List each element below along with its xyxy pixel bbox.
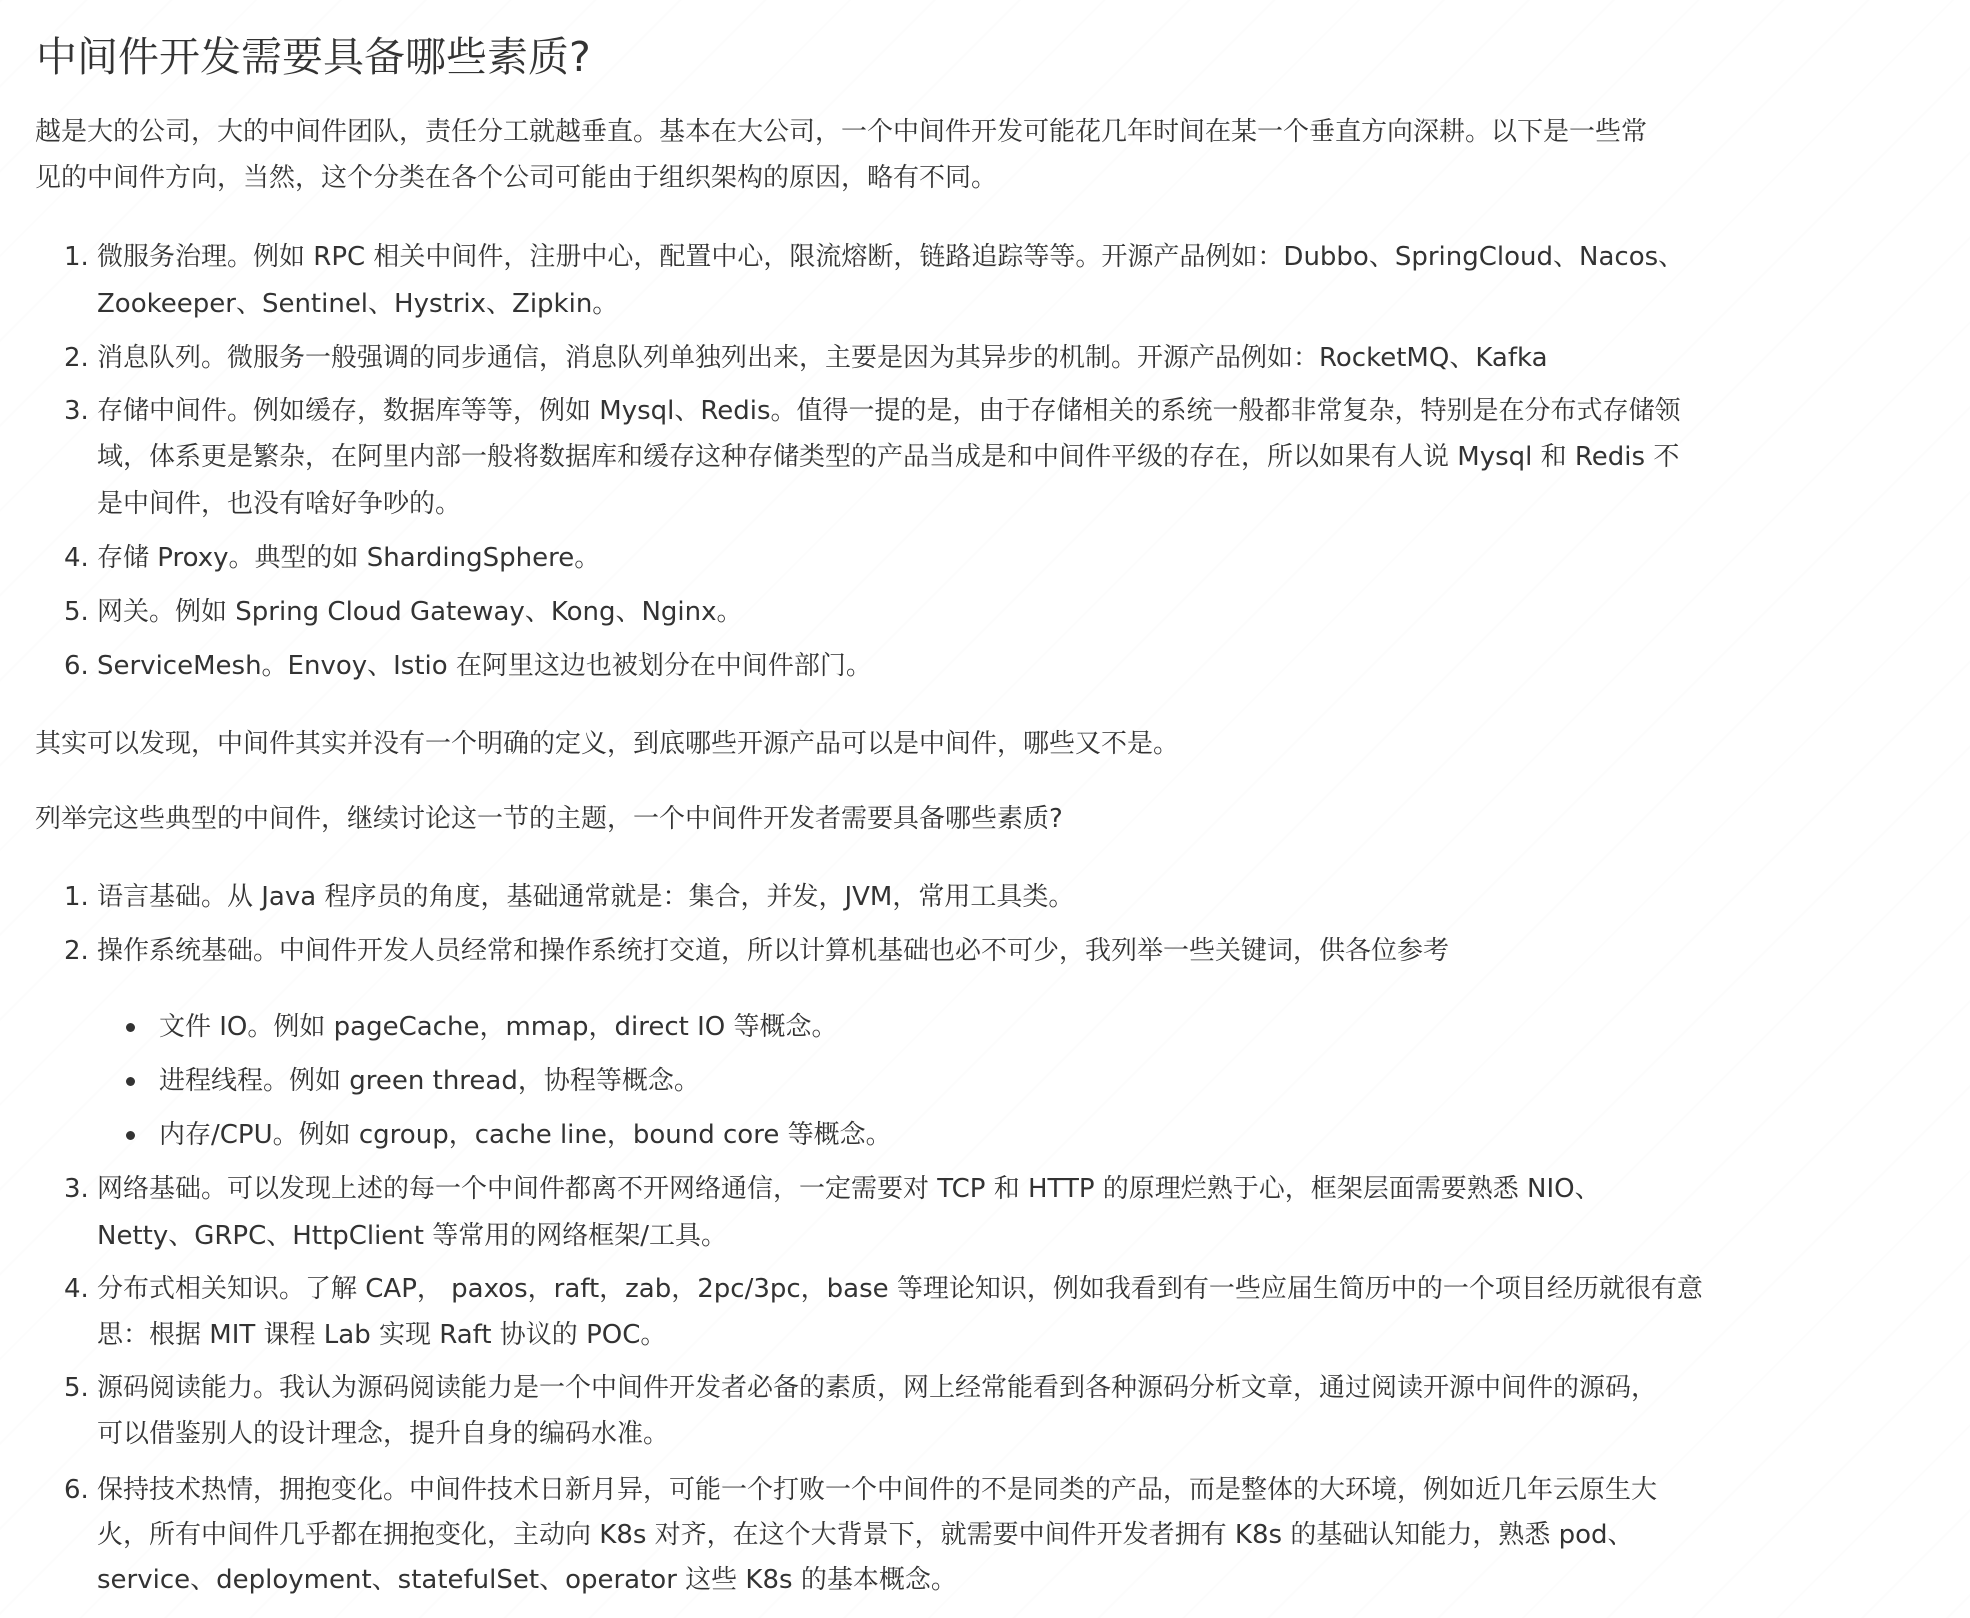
list-number: 1. [64,881,89,913]
list-item-text: 分布式相关知识。了解 CAP， paxos，raft，zab，2pc/3pc，b… [97,1273,1703,1305]
bullet-item-text: 内存/CPU。例如 cgroup，cache line，bound core 等… [159,1119,892,1151]
list-item-text: 保持技术热情，拥抱变化。中间件技术日新月异，可能一个打败一个中间件的不是同类的产… [97,1474,1657,1506]
bullet-item-text: 文件 IO。例如 pageCache，mmap，direct IO 等概念。 [159,1011,838,1043]
bullet-icon [126,1077,135,1086]
list-item-text: 思：根据 MIT 课程 Lab 实现 Raft 协议的 POC。 [97,1319,666,1351]
list-item-text: 微服务治理。例如 RPC 相关中间件，注册中心，配置中心，限流熔断，链路追踪等等… [97,241,1684,273]
bullet-icon [126,1131,135,1140]
bullet-icon [126,1023,135,1032]
list-item-text: 源码阅读能力。我认为源码阅读能力是一个中间件开发者必备的素质，网上经常能看到各种… [97,1372,1657,1404]
list-number: 2. [64,935,89,967]
list-number: 4. [64,542,89,574]
list-item-text: 语言基础。从 Java 程序员的角度，基础通常就是：集合，并发，JVM，常用工具… [97,881,1074,913]
list-item-text: 火，所有中间件几乎都在拥抱变化，主动向 K8s 对齐，在这个大背景下，就需要中间… [97,1519,1634,1551]
list-item-text: 域，体系更是繁杂，在阿里内部一般将数据库和缓存这种存储类型的产品当成是和中间件平… [97,441,1679,473]
paragraph: 其实可以发现，中间件其实并没有一个明确的定义，到底哪些开源产品可以是中间件，哪些… [35,728,1179,760]
list-number: 4. [64,1273,89,1305]
list-item-text: Netty、GRPC、HttpClient 等常用的网络框架/工具。 [97,1220,727,1252]
paragraph: 列举完这些典型的中间件，继续讨论这一节的主题，一个中间件开发者需要具备哪些素质? [35,803,1063,835]
list-item-text: 存储 Proxy。典型的如 ShardingSphere。 [97,542,600,574]
intro-paragraph-line: 见的中间件方向，当然，这个分类在各个公司可能由于组织架构的原因，略有不同。 [35,162,997,194]
list-item-text: service、deployment、statefulSet、operator … [97,1564,957,1596]
list-item-text: 消息队列。微服务一般强调的同步通信，消息队列单独列出来，主要是因为其异步的机制。… [97,342,1548,374]
list-item-text: 是中间件，也没有啥好争吵的。 [97,488,461,520]
list-number: 3. [64,395,89,427]
list-number: 3. [64,1173,89,1205]
list-number: 6. [64,1474,89,1506]
list-item-text: 网络基础。可以发现上述的每一个中间件都离不开网络通信，一定需要对 TCP 和 H… [97,1173,1601,1205]
list-item-text: 操作系统基础。中间件开发人员经常和操作系统打交道，所以计算机基础也必不可少，我列… [97,935,1449,967]
list-item-text: ServiceMesh。Envoy、Istio 在阿里这边也被划分在中间件部门。 [97,650,872,682]
list-number: 5. [64,1372,89,1404]
list-number: 6. [64,650,89,682]
list-item-text: 可以借鉴别人的设计理念，提升自身的编码水准。 [97,1418,669,1450]
list-item-text: 网关。例如 Spring Cloud Gateway、Kong、Nginx。 [97,596,743,628]
list-number: 2. [64,342,89,374]
bullet-item-text: 进程线程。例如 green thread，协程等概念。 [159,1065,700,1097]
list-number: 1. [64,241,89,273]
list-item-text: 存储中间件。例如缓存，数据库等等，例如 Mysql、Redis。值得一提的是，由… [97,395,1681,427]
list-number: 5. [64,596,89,628]
list-item-text: Zookeeper、Sentinel、Hystrix、Zipkin。 [97,288,618,320]
page-title: 中间件开发需要具备哪些素质? [36,32,591,82]
intro-paragraph-line: 越是大的公司，大的中间件团队，责任分工就越垂直。基本在大公司，一个中间件开发可能… [35,116,1647,148]
